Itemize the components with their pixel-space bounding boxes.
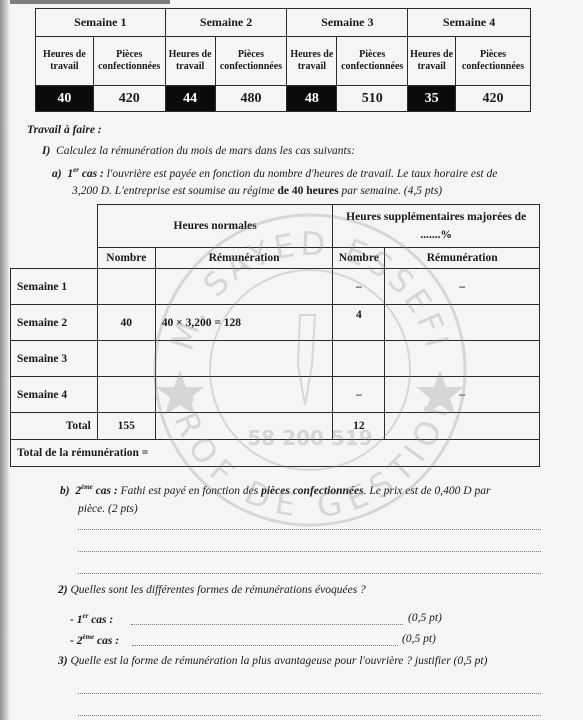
week-4-pieces: 420 bbox=[456, 86, 531, 112]
total-row: Total 155 12 bbox=[11, 413, 540, 440]
week-4-hours: 35 bbox=[408, 86, 456, 112]
week-1-pieces: 420 bbox=[93, 86, 165, 112]
pieces-header: Pièces confectionnées bbox=[215, 37, 287, 86]
normal-remuneration[interactable]: 40 × 3,200 = 128 bbox=[155, 305, 333, 341]
col-remuneration: Rémunération bbox=[155, 248, 333, 269]
points-label: (0,5 pt) bbox=[402, 633, 436, 645]
case-word: cas : bbox=[79, 168, 104, 180]
overtime-remuneration[interactable]: – bbox=[385, 377, 540, 413]
overtime-remuneration[interactable] bbox=[385, 305, 540, 341]
overtime-count[interactable]: – bbox=[333, 269, 385, 305]
question-number: 2) bbox=[58, 584, 68, 596]
remuneration-table: Heures normales Heures supplémentaires m… bbox=[10, 204, 540, 467]
normal-hours-header: Heures normales bbox=[97, 205, 333, 248]
overtime-remuneration[interactable] bbox=[385, 341, 540, 377]
case-b-line-2: pièce. (2 pts) bbox=[78, 503, 138, 515]
week-3-pieces: 510 bbox=[337, 86, 408, 112]
case-a-line-1: a) 1er cas : l'ouvrière est payée en fon… bbox=[52, 166, 497, 180]
case-a-points: par semaine. (4,5 pts) bbox=[339, 185, 443, 197]
pieces-emphasis: pièces confectionnées bbox=[261, 485, 364, 497]
overtime-count[interactable] bbox=[333, 341, 385, 377]
answer-line[interactable] bbox=[131, 623, 403, 625]
grand-total-row: Total de la rémunération = bbox=[11, 440, 540, 467]
case-b-text: Fathi est payé en fonction des bbox=[118, 485, 261, 497]
row-label: Semaine 4 bbox=[11, 377, 98, 413]
question-text: Quelles sont les différentes formes de r… bbox=[70, 584, 365, 596]
dash: - bbox=[70, 614, 77, 626]
week-2-hours: 44 bbox=[165, 86, 215, 112]
hours-header: Heures de travail bbox=[287, 37, 337, 86]
item-label: a) bbox=[52, 168, 62, 180]
total-overtime-count[interactable]: 12 bbox=[333, 413, 385, 440]
question-number: 3) bbox=[58, 655, 68, 667]
case-word: cas : bbox=[93, 485, 118, 497]
answer-line[interactable] bbox=[132, 644, 398, 646]
table-row: Semaine 4 – – bbox=[11, 377, 540, 413]
normal-remuneration[interactable] bbox=[155, 377, 333, 413]
corner-cell bbox=[11, 248, 98, 269]
normal-count[interactable] bbox=[97, 269, 155, 305]
case-b-line-1: b) 2ème cas : Fathi est payé en fonction… bbox=[60, 483, 490, 497]
question-1: I) Calculez la rémunération du mois de m… bbox=[42, 145, 355, 157]
dash: - bbox=[70, 635, 77, 647]
q2-answer-2: - 2ème cas : bbox=[70, 633, 119, 647]
table-row: Semaine 2 40 40 × 3,200 = 128 4 bbox=[11, 305, 540, 341]
pieces-header: Pièces confectionnées bbox=[456, 37, 531, 86]
overtime-header-line-1: Heures supplémentaires majorées de bbox=[333, 211, 539, 223]
section-title: Travail à faire : bbox=[27, 124, 102, 136]
question-text: Quelle est la forme de rémunération la p… bbox=[70, 655, 487, 667]
answer-line[interactable] bbox=[78, 714, 541, 716]
overtime-header: Heures supplémentaires majorées de .....… bbox=[333, 205, 540, 248]
pieces-header: Pièces confectionnées bbox=[337, 37, 408, 86]
col-remuneration-sup: Rémunération bbox=[385, 248, 540, 269]
hours-regime: de 40 heures bbox=[278, 185, 339, 197]
case-a-text-2: 3,200 D. L'entreprise est soumise au rég… bbox=[72, 185, 278, 197]
case-a-line-2: 3,200 D. L'entreprise est soumise au rég… bbox=[72, 185, 442, 197]
case-word: cas : bbox=[94, 635, 119, 647]
hours-header: Heures de travail bbox=[408, 37, 456, 86]
case-a-text: l'ouvrière est payée en fonction du nomb… bbox=[104, 168, 498, 180]
overtime-remuneration[interactable]: – bbox=[385, 269, 540, 305]
question-text: Calculez la rémunération du mois de mars… bbox=[56, 145, 355, 157]
normal-remuneration[interactable] bbox=[155, 269, 333, 305]
row-label: Semaine 1 bbox=[11, 269, 98, 305]
item-label: b) bbox=[60, 485, 70, 497]
hours-header: Heures de travail bbox=[165, 37, 215, 86]
q2-answer-1: - 1er cas : bbox=[70, 612, 113, 626]
pieces-header: Pièces confectionnées bbox=[93, 37, 165, 86]
overtime-count[interactable]: 4 bbox=[333, 305, 385, 341]
page-edge-shadow bbox=[0, 0, 10, 720]
case-b-text-2: . Le prix est de 0,400 D par bbox=[364, 485, 491, 497]
total-normal-count[interactable]: 155 bbox=[97, 413, 155, 440]
col-nombre: Nombre bbox=[97, 248, 155, 269]
answer-line[interactable] bbox=[78, 692, 541, 694]
scan-artifact bbox=[10, 0, 170, 4]
total-label: Total bbox=[11, 413, 98, 440]
week-2-pieces: 480 bbox=[215, 86, 287, 112]
answer-line[interactable] bbox=[78, 572, 541, 574]
case-word: cas : bbox=[88, 614, 113, 626]
week-3-header: Semaine 3 bbox=[287, 9, 408, 37]
case-suffix: ème bbox=[82, 633, 94, 641]
col-nombre-sup: Nombre bbox=[333, 248, 385, 269]
answer-line[interactable] bbox=[78, 550, 541, 552]
overtime-count[interactable]: – bbox=[333, 377, 385, 413]
normal-count[interactable] bbox=[97, 341, 155, 377]
case-suffix: ème bbox=[81, 483, 93, 491]
week-4-header: Semaine 4 bbox=[408, 9, 531, 37]
normal-count[interactable]: 40 bbox=[97, 305, 155, 341]
normal-remuneration[interactable] bbox=[155, 341, 333, 377]
grand-total-label[interactable]: Total de la rémunération = bbox=[11, 440, 540, 467]
answer-line[interactable] bbox=[78, 528, 541, 530]
row-label: Semaine 3 bbox=[11, 341, 98, 377]
total-overtime-remuneration[interactable] bbox=[385, 413, 540, 440]
week-1-header: Semaine 1 bbox=[36, 9, 166, 37]
row-label: Semaine 2 bbox=[11, 305, 98, 341]
overtime-rate-blank: .......% bbox=[333, 229, 539, 241]
question-3: 3) Quelle est la forme de rémunération l… bbox=[58, 655, 487, 667]
question-number: I) bbox=[42, 145, 50, 157]
corner-cell bbox=[11, 205, 98, 248]
weekly-data-table: Semaine 1 Semaine 2 Semaine 3 Semaine 4 … bbox=[35, 8, 531, 112]
total-normal-remuneration[interactable] bbox=[155, 413, 333, 440]
normal-count[interactable] bbox=[97, 377, 155, 413]
week-1-hours: 40 bbox=[36, 86, 94, 112]
week-3-hours: 48 bbox=[287, 86, 337, 112]
points-label: (0,5 pt) bbox=[408, 612, 442, 624]
hours-header: Heures de travail bbox=[36, 37, 94, 86]
table-row: Semaine 3 bbox=[11, 341, 540, 377]
table-row: Semaine 1 – – bbox=[11, 269, 540, 305]
question-2: 2) Quelles sont les différentes formes d… bbox=[58, 584, 366, 596]
week-2-header: Semaine 2 bbox=[165, 9, 287, 37]
